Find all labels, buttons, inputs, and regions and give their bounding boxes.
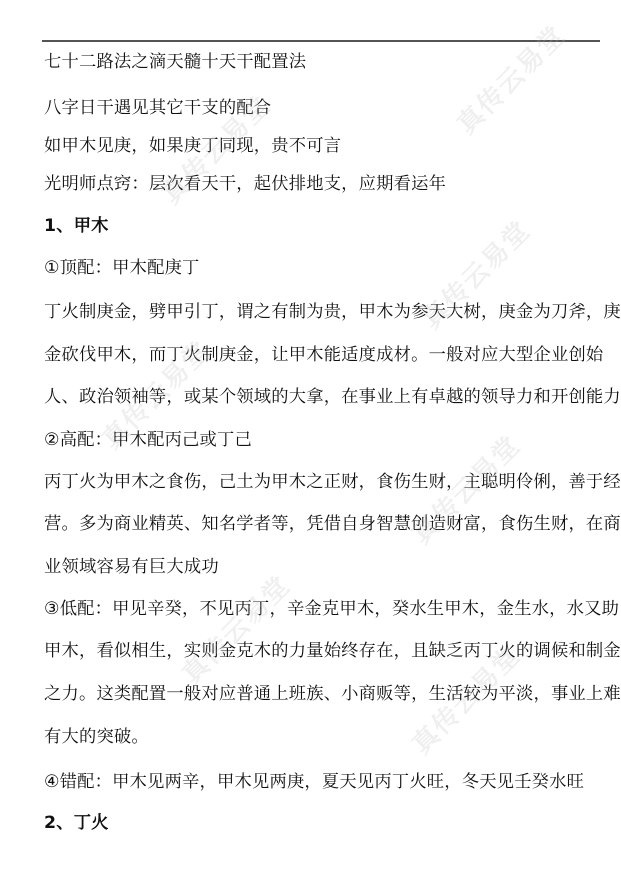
doc-sub-heading: ②高配：甲木配丙己或丁己 [44, 429, 252, 451]
doc-paragraph: 之力。这类配置一般对应普通上班族、小商贩等，生活较为平淡，事业上难 [44, 683, 621, 705]
doc-paragraph: 金砍伐甲木，而丁火制庚金，让甲木能适度成材。一般对应大型企业创始 [44, 344, 603, 366]
doc-section-heading: 1、甲木 [44, 215, 109, 237]
doc-section-heading: 2、丁火 [44, 812, 109, 834]
doc-paragraph: 丁火制庚金，劈甲引丁，谓之有制为贵，甲木为参天大树，庚金为刀斧，庚 [44, 301, 621, 323]
doc-paragraph: 甲木，看似相生，实则金克木的力量始终存在，且缺乏丙丁火的调候和制金 [44, 640, 621, 662]
doc-paragraph: 业领域容易有巨大成功 [44, 556, 219, 578]
watermark: 真传云易堂 [172, 566, 297, 691]
doc-title: 七十二路法之滴天髓十天干配置法 [44, 51, 306, 73]
doc-paragraph: 丙丁火为甲木之食伤，己土为甲木之正财，食伤生财，主聪明伶俐，善于经 [44, 471, 621, 493]
doc-paragraph: 八字日干遇见其它干支的配合 [44, 97, 271, 119]
doc-sub-heading: ④错配：甲木见两辛，甲木见两庚，夏天见丙丁火旺，冬天见壬癸水旺 [44, 771, 584, 793]
watermark: 真传云易堂 [447, 16, 572, 141]
doc-paragraph: 有大的突破。 [44, 726, 149, 748]
doc-paragraph: 人、政治领袖等，或某个领域的大拿，在事业上有卓越的领导力和开创能力 [44, 386, 621, 408]
doc-sub-heading: ③低配：甲见辛癸，不见丙丁，辛金克甲木，癸水生甲木，金生水，水又助 [44, 598, 619, 620]
doc-paragraph: 如甲木见庚，如果庚丁同现，贵不可言 [44, 135, 341, 157]
doc-paragraph: 营。多为商业精英、知名学者等，凭借自身智慧创造财富，食伤生财，在商 [44, 513, 621, 535]
header-rule [42, 40, 600, 42]
doc-sub-heading: ①顶配：甲木配庚丁 [44, 257, 200, 279]
doc-paragraph: 光明师点窍：层次看天干，起伏排地支，应期看运年 [44, 173, 446, 195]
